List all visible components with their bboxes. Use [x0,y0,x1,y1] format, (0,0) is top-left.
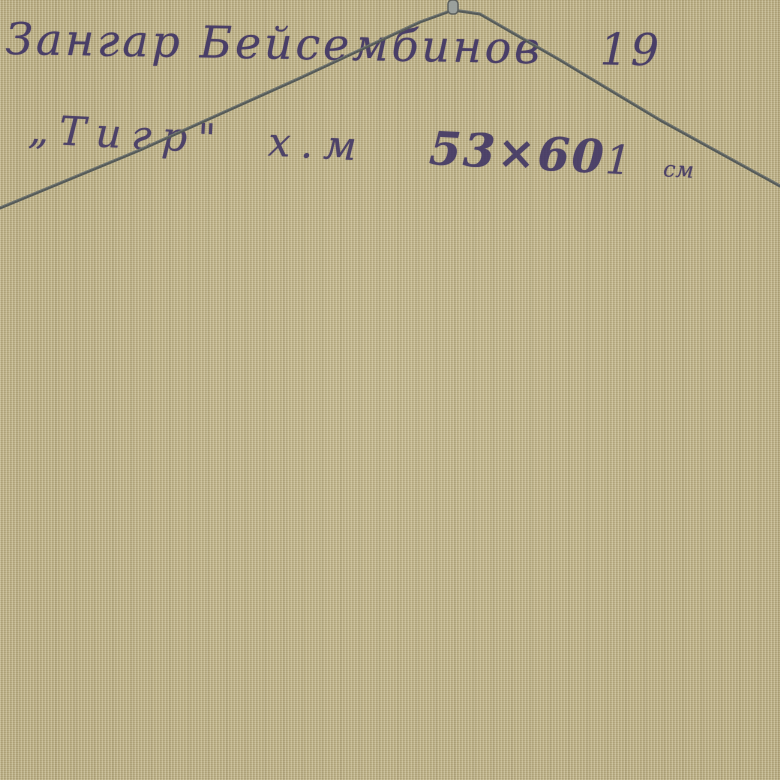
hook-icon [448,0,458,14]
unit-label: см [663,157,695,184]
artwork-title: „Тигр" [27,107,227,163]
title-inscription: „Тигр" х.м 53×601 см [27,100,695,189]
dimensions-trailing: 1 [604,137,642,185]
medium-label: х.м [267,120,368,171]
year-partial: 19 [599,24,662,76]
canvas-back: Зангар Бейсембинов 19 „Тигр" х.м 53×601 … [0,0,780,780]
artist-inscription: Зангар Бейсембинов 19 [5,14,662,76]
dimensions: 53×60 [428,121,607,184]
artist-name: Зангар Бейсембинов [5,14,543,74]
